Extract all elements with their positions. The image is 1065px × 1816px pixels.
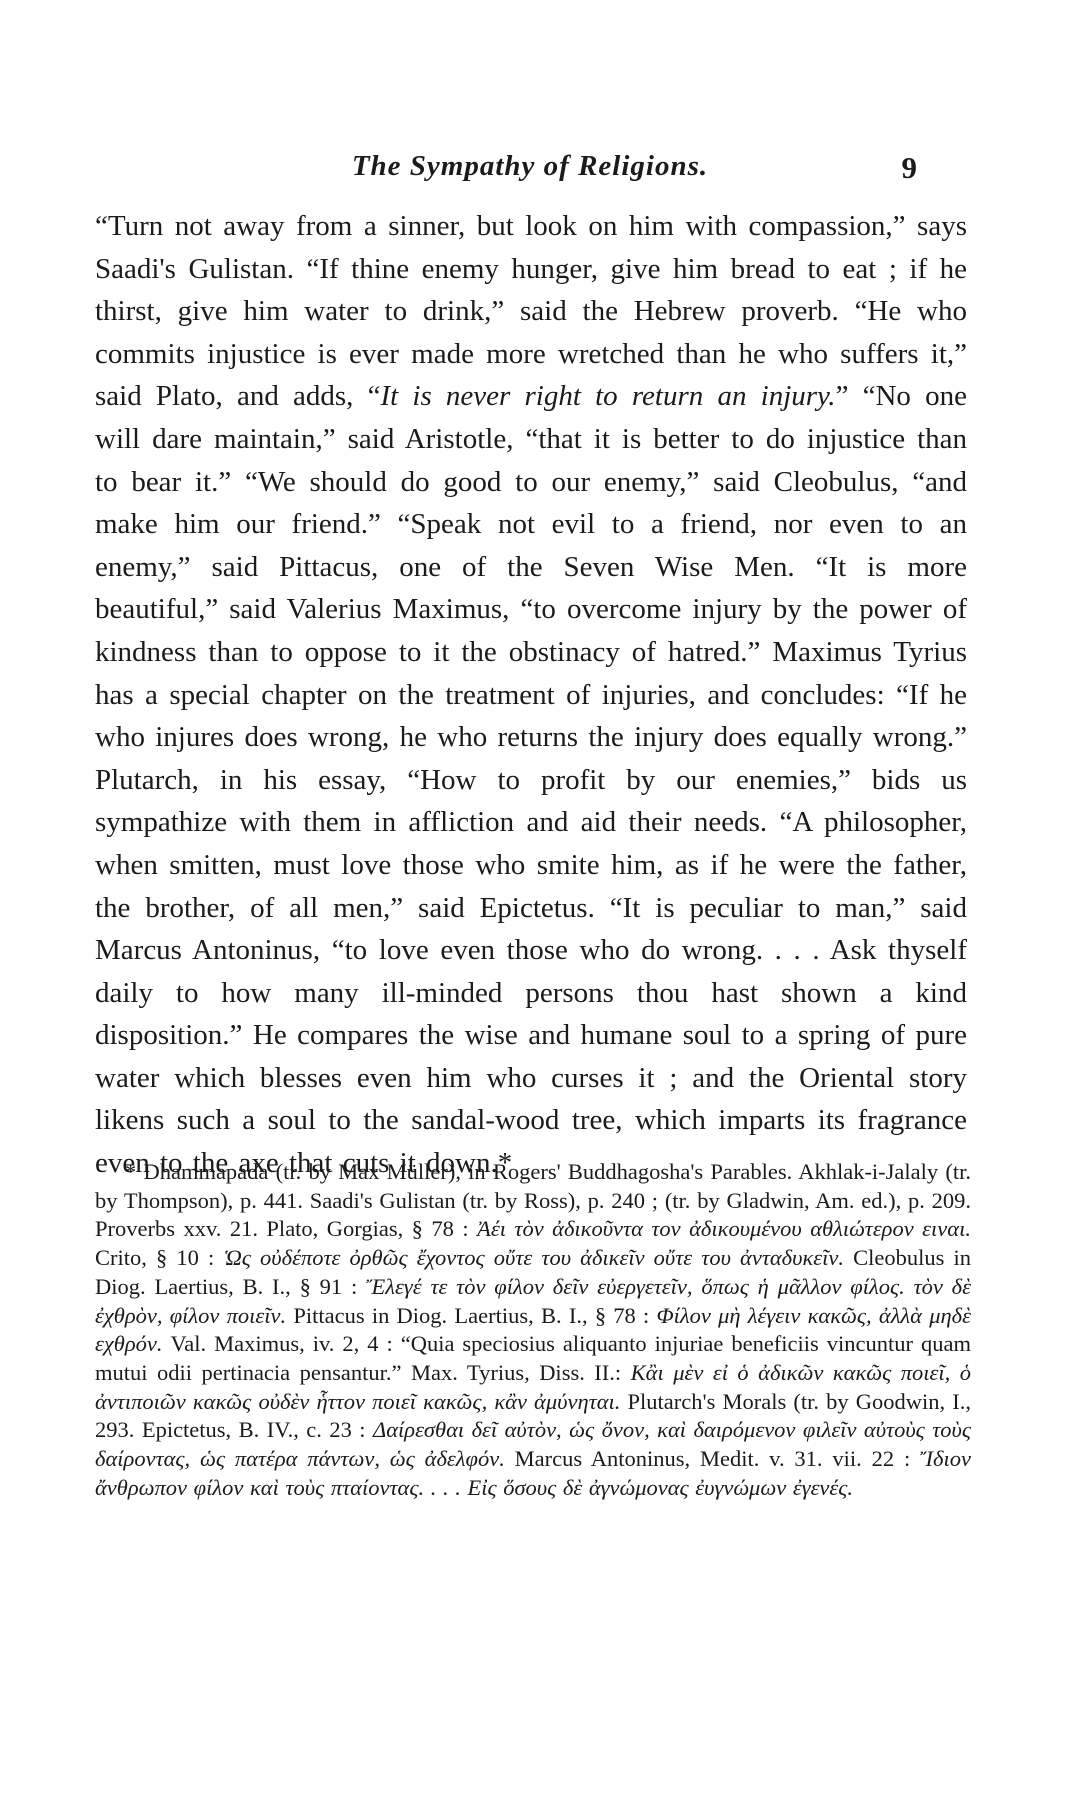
page-number: 9 [902,150,918,186]
book-page: The Sympathy of Religions. 9 “Turn not a… [0,0,1065,1816]
body-paragraph: “Turn not away from a sinner, but look o… [95,205,967,1185]
running-header: The Sympathy of Religions. 9 [95,150,965,196]
text-segment-italic: It is never right to return an injury. [380,380,835,412]
text-segment-roman: Crito, § 10 : [95,1245,223,1270]
text-segment-roman: Pittacus in Diog. Laertius, B. I., § 78 … [286,1303,656,1328]
text-segment-roman: Marcus Antoninus, Medit. v. 31. vii. 22 … [505,1446,920,1471]
text-segment-greek: Ἀέι τὸν ἀδικοῦντα τον ἀδικουμένου αθλιώτ… [477,1216,971,1241]
text-segment-greek: Ὡς οὐδέποτε ὀρθῶς ἔχοντος οὔτε του ἀδικε… [223,1245,844,1270]
footnote-paragraph: * Dhammapada (tr. by Max Müller), in Rog… [95,1158,971,1502]
page-title: The Sympathy of Religions. [95,150,965,183]
text-segment-roman: ” “No one will dare maintain,” said Aris… [95,380,967,1179]
